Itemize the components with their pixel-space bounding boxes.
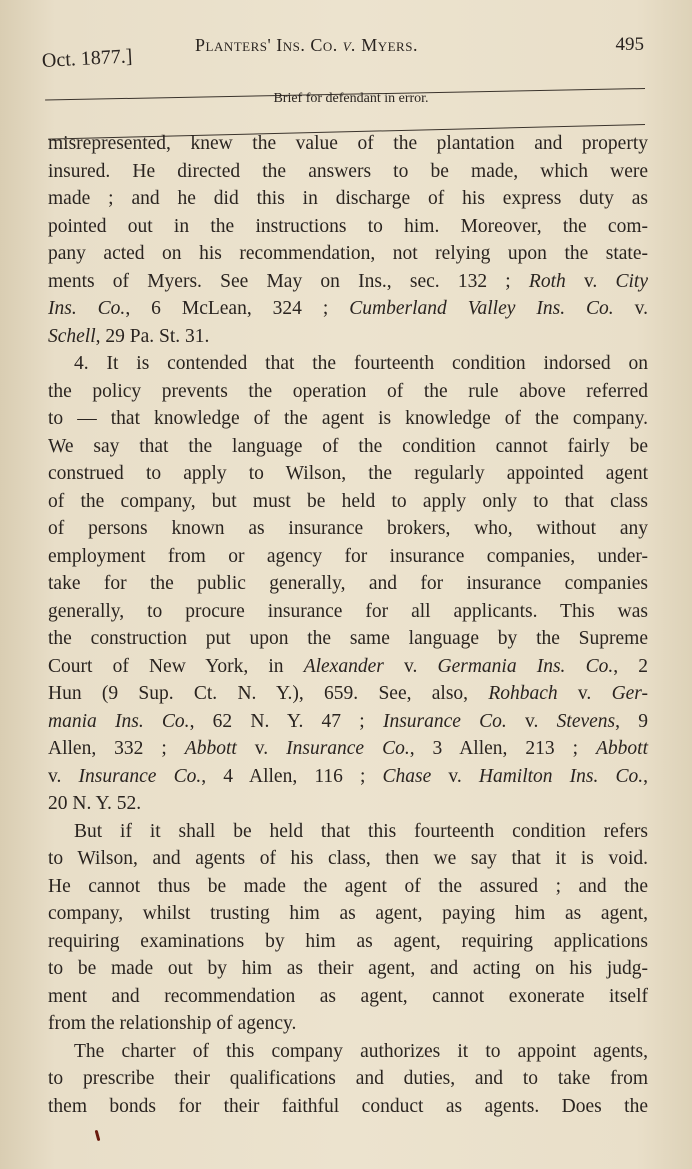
text-segment: , bbox=[643, 766, 648, 787]
text-line: He cannot thus be made the agent of the … bbox=[48, 873, 648, 901]
text-segment: v. bbox=[237, 738, 286, 759]
text-segment: But if it shall be held that this fourte… bbox=[74, 821, 648, 842]
citation-italic: Insurance Co. bbox=[383, 711, 507, 732]
citation-italic: Germania Ins. Co. bbox=[438, 656, 614, 677]
text-line: to be made out by him as their agent, an… bbox=[48, 955, 648, 983]
text-segment: The charter of this company authorizes i… bbox=[74, 1041, 648, 1062]
text-line: Hun (9 Sup. Ct. N. Y.), 659. See, also, … bbox=[48, 680, 648, 708]
text-segment: , 4 Allen, 116 ; bbox=[201, 766, 382, 787]
body-text: misrepresented, knew the value of the pl… bbox=[48, 130, 648, 1120]
citation-italic: Insurance Co. bbox=[78, 766, 201, 787]
text-line: misrepresented, knew the value of the pl… bbox=[48, 130, 648, 158]
citation-italic: mania Ins. Co. bbox=[48, 711, 190, 732]
text-line: the policy prevents the operation of the… bbox=[48, 378, 648, 406]
page-number: 495 bbox=[616, 34, 645, 56]
text-line: generally, to procure insurance for all … bbox=[48, 598, 648, 626]
text-segment: v. bbox=[384, 656, 438, 677]
text-segment: insured. He directed the answers to be m… bbox=[48, 161, 648, 182]
text-line: 20 N. Y. 52. bbox=[48, 790, 648, 818]
text-segment: to be made out by him as their agent, an… bbox=[48, 958, 648, 979]
text-line: Ins. Co., 6 McLean, 324 ; Cumberland Val… bbox=[48, 295, 648, 323]
citation-italic: Roth bbox=[529, 271, 566, 292]
text-segment: from the relationship of agency. bbox=[48, 1013, 296, 1034]
book-page: Oct. 1877.] Planters' Ins. Co. v. Myers.… bbox=[0, 0, 692, 1169]
citation-italic: Abbott bbox=[185, 738, 237, 759]
text-line: construed to apply to Wilson, the regula… bbox=[48, 460, 648, 488]
text-line: 4. It is contended that the fourteenth c… bbox=[48, 350, 648, 378]
text-line: Schell, 29 Pa. St. 31. bbox=[48, 323, 648, 351]
case-title-versus: v. bbox=[343, 35, 356, 55]
text-segment: We say that the language of the conditio… bbox=[48, 436, 648, 457]
text-segment: them bonds for their faithful conduct as… bbox=[48, 1096, 648, 1117]
header-case-title: Planters' Ins. Co. v. Myers. bbox=[195, 35, 418, 56]
citation-italic: City bbox=[616, 271, 649, 292]
text-line: requiring examinations by him as agent, … bbox=[48, 928, 648, 956]
citation-italic: Cumberland Valley Ins. Co. bbox=[349, 298, 613, 319]
running-head: Oct. 1877.] Planters' Ins. Co. v. Myers.… bbox=[40, 32, 644, 62]
text-segment: ments of Myers. See May on Ins., sec. 13… bbox=[48, 271, 529, 292]
case-title-part: Planters' Ins. Co. bbox=[195, 35, 343, 55]
ink-blot-mark bbox=[95, 1130, 101, 1141]
text-line: take for the public generally, and for i… bbox=[48, 570, 648, 598]
citation-italic: Stevens bbox=[557, 711, 615, 732]
text-line: to Wilson, and agents of his class, then… bbox=[48, 845, 648, 873]
text-segment: He cannot thus be made the agent of the … bbox=[48, 876, 648, 897]
text-line: We say that the language of the conditio… bbox=[48, 433, 648, 461]
text-line: employment from or agency for insurance … bbox=[48, 543, 648, 571]
text-line: made ; and he did this in discharge of h… bbox=[48, 185, 648, 213]
text-segment: take for the public generally, and for i… bbox=[48, 573, 648, 594]
text-line: from the relationship of agency. bbox=[48, 1010, 648, 1038]
text-segment: , 62 N. Y. 47 ; bbox=[190, 711, 383, 732]
text-segment: , 3 Allen, 213 ; bbox=[410, 738, 596, 759]
text-line: to — that knowledge of the agent is know… bbox=[48, 405, 648, 433]
text-segment: Court of New York, in bbox=[48, 656, 304, 677]
text-segment: company, whilst trusting him as agent, p… bbox=[48, 903, 648, 924]
text-segment: to prescribe their qualifications and du… bbox=[48, 1068, 648, 1089]
text-segment: pany acted on his recommendation, not re… bbox=[48, 243, 648, 264]
text-segment: generally, to procure insurance for all … bbox=[48, 601, 648, 622]
text-segment: ment and recommendation as agent, cannot… bbox=[48, 986, 648, 1007]
text-segment: Allen, 332 ; bbox=[48, 738, 185, 759]
text-segment: v. bbox=[507, 711, 557, 732]
text-line: But if it shall be held that this fourte… bbox=[48, 818, 648, 846]
text-segment: v. bbox=[614, 298, 648, 319]
text-line: ments of Myers. See May on Ins., sec. 13… bbox=[48, 268, 648, 296]
text-line: company, whilst trusting him as agent, p… bbox=[48, 900, 648, 928]
citation-italic: Hamilton Ins. Co. bbox=[479, 766, 643, 787]
text-line: of the company, but must be held to appl… bbox=[48, 488, 648, 516]
text-segment: of the company, but must be held to appl… bbox=[48, 491, 648, 512]
text-segment: employment from or agency for insurance … bbox=[48, 546, 648, 567]
text-segment: the policy prevents the operation of the… bbox=[48, 381, 648, 402]
text-segment: pointed out in the instructions to him. … bbox=[48, 216, 648, 237]
header-date: Oct. 1877.] bbox=[41, 45, 133, 73]
text-line: Allen, 332 ; Abbott v. Insurance Co., 3 … bbox=[48, 735, 648, 763]
citation-italic: Ger- bbox=[612, 683, 648, 704]
text-segment: to — that knowledge of the agent is know… bbox=[48, 408, 648, 429]
text-line: pany acted on his recommendation, not re… bbox=[48, 240, 648, 268]
text-line: of persons known as insurance brokers, w… bbox=[48, 515, 648, 543]
text-line: The charter of this company authorizes i… bbox=[48, 1038, 648, 1066]
citation-italic: Schell bbox=[48, 326, 96, 347]
citation-italic: Alexander bbox=[304, 656, 384, 677]
text-segment: v. bbox=[566, 271, 616, 292]
text-segment: , 6 McLean, 324 ; bbox=[125, 298, 349, 319]
text-segment: v. bbox=[558, 683, 612, 704]
text-segment: construed to apply to Wilson, the regula… bbox=[48, 463, 648, 484]
text-line: insured. He directed the answers to be m… bbox=[48, 158, 648, 186]
text-segment: , 9 bbox=[615, 711, 648, 732]
text-line: to prescribe their qualifications and du… bbox=[48, 1065, 648, 1093]
text-line: mania Ins. Co., 62 N. Y. 47 ; Insurance … bbox=[48, 708, 648, 736]
text-segment: the construction put upon the same langu… bbox=[48, 628, 648, 649]
text-segment: , 29 Pa. St. 31. bbox=[96, 326, 210, 347]
citation-italic: Chase bbox=[383, 766, 432, 787]
text-segment: , 2 bbox=[613, 656, 648, 677]
section-subheading: Brief for defendant in error. bbox=[0, 91, 692, 107]
text-segment: made ; and he did this in discharge of h… bbox=[48, 188, 648, 209]
text-segment: Hun (9 Sup. Ct. N. Y.), 659. See, also, bbox=[48, 683, 488, 704]
citation-italic: Ins. Co. bbox=[48, 298, 125, 319]
text-line: Court of New York, in Alexander v. Germa… bbox=[48, 653, 648, 681]
text-line: the construction put upon the same langu… bbox=[48, 625, 648, 653]
text-line: v. Insurance Co., 4 Allen, 116 ; Chase v… bbox=[48, 763, 648, 791]
text-segment: requiring examinations by him as agent, … bbox=[48, 931, 648, 952]
text-segment: 4. It is contended that the fourteenth c… bbox=[74, 353, 648, 374]
text-segment: of persons known as insurance brokers, w… bbox=[48, 518, 648, 539]
text-line: ment and recommendation as agent, cannot… bbox=[48, 983, 648, 1011]
text-segment: to Wilson, and agents of his class, then… bbox=[48, 848, 648, 869]
text-segment: v. bbox=[431, 766, 479, 787]
text-segment: misrepresented, knew the value of the pl… bbox=[48, 133, 648, 154]
text-segment: 20 N. Y. 52. bbox=[48, 793, 141, 814]
citation-italic: Rohbach bbox=[488, 683, 557, 704]
citation-italic: Abbott bbox=[596, 738, 648, 759]
case-title-part: Myers. bbox=[356, 35, 418, 55]
citation-italic: Insurance Co. bbox=[286, 738, 410, 759]
text-segment: v. bbox=[48, 766, 78, 787]
text-line: them bonds for their faithful conduct as… bbox=[48, 1093, 648, 1121]
text-line: pointed out in the instructions to him. … bbox=[48, 213, 648, 241]
